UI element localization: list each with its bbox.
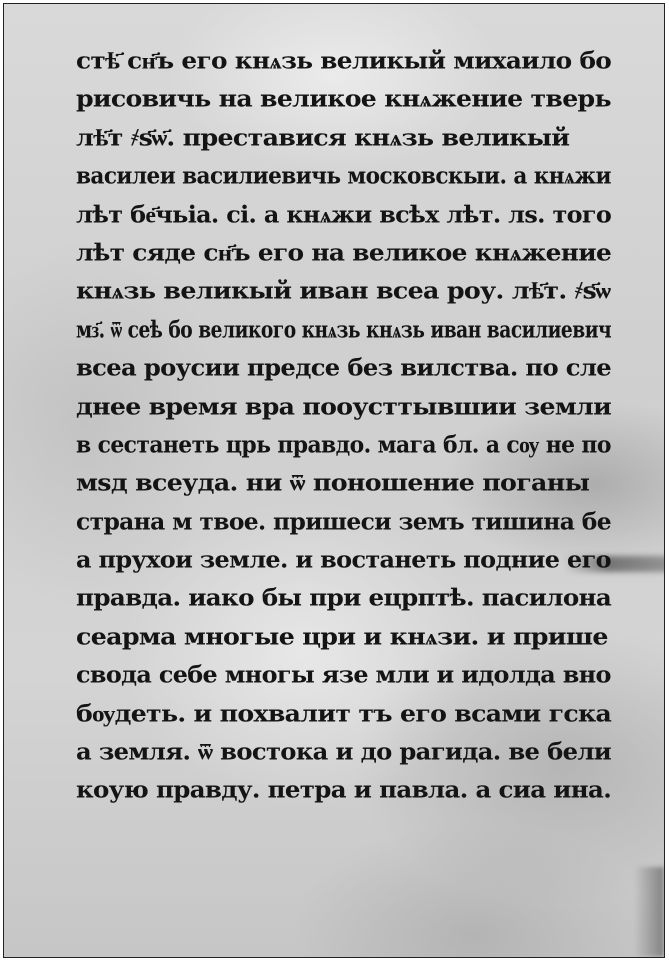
text-line: лѣт бе҃чьіа. сі. а кнѧжи всѣх лѣт. лѕ. т…: [76, 196, 616, 234]
text-line: всеа роусии предсе без вилства. по сле: [76, 349, 616, 387]
manuscript-page: стѣ҃ сн҃ъ его кнѧзь великый михаило бо р…: [3, 3, 665, 958]
text-line: а прухои земле. и востанеть подние его: [76, 541, 616, 579]
text-line: рисовичь на великое кнѧжение тверь: [76, 80, 616, 118]
text-line: василеи василиевичь московскыи. а кнѧжи: [76, 157, 616, 195]
text-line: стѣ҃ сн҃ъ его кнѧзь великый михаило бо: [76, 42, 616, 80]
text-line: свода себе многы язе мли и идолда вно: [76, 656, 616, 694]
manuscript-text-block: стѣ҃ сн҃ъ его кнѧзь великый михаило бо р…: [76, 42, 616, 810]
text-line: правда. иако бы при ецрптѣ. пасилона: [76, 579, 616, 617]
text-line: в сестанеть црь правдо. мага бл. а сѹ не…: [76, 426, 616, 464]
text-line: сеарма многые цри и кнѧзи. и пришe: [76, 618, 616, 656]
text-line: днее время вра пооусттывшии земли: [76, 388, 616, 426]
text-line: лѣт сяде сн҃ъ его на великое кнѧжение: [76, 234, 616, 272]
text-line: мз҃. ѿ сеѣ бо великого кнѧзь кнѧзь иван …: [76, 311, 616, 349]
text-line: страна м твое. пришеси земъ тишина бе: [76, 503, 616, 541]
text-line: мѕд всеуда. ни ѿ поношение поганы: [76, 464, 616, 502]
text-line: а земля. ѿ востока и до рагида. ве бели: [76, 733, 616, 771]
page-edge-shadow: [634, 867, 664, 957]
text-line: бѹдеть. и похвалит тъ его всами гска: [76, 695, 616, 733]
text-line: коую правду. петра и павла. а сиа ина.: [76, 771, 616, 809]
text-line: лѣ҃т ҂s҃ѡ҃. преставися кнѧзь великый: [76, 119, 616, 157]
text-line: кнѧзь великый иван всеа роу. лѣ҃т. ҂s҃ѡ: [76, 272, 616, 310]
